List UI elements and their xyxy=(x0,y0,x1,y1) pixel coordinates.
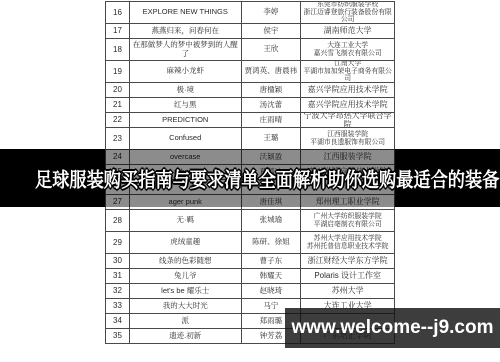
table-row: 19麻辣小龙虾贾鸿英、唐晨祎江南大学 平湖市加加荣电子商务有限公司 xyxy=(106,61,395,83)
table-row: 20极·境唐楹颖嘉兴学院应用技术学院 xyxy=(106,83,395,98)
watermark: www.welcome--j9.com xyxy=(285,308,500,348)
table-row: 28无·羁张城瑜广州大学纺织服装学院 平湖启亳制衣有限公司 xyxy=(106,210,395,232)
designer-name-cell: 汤沈蕾 xyxy=(242,98,302,113)
institution-cell: 湖南师范大学 xyxy=(301,24,395,39)
designer-name-cell: 贾鸿英、唐晨祎 xyxy=(242,61,302,83)
row-number-cell: 16 xyxy=(106,2,130,24)
row-number-cell: 20 xyxy=(106,83,130,98)
row-number-cell: 29 xyxy=(106,232,130,254)
designer-name-cell: 唐楹颖 xyxy=(242,83,302,98)
designer-name-cell: 赵晓琦 xyxy=(242,284,302,299)
entry-title-cell: EXPLORE NEW THINGS xyxy=(130,2,242,24)
institution-cell: 宁波大学昂热大学联合学院 xyxy=(301,113,395,128)
entry-title-cell: let's be 耀乐士 xyxy=(130,284,242,299)
entry-title-cell: 虎绒童趣 xyxy=(130,232,242,254)
entry-title-cell: 红与黑 xyxy=(130,98,242,113)
entry-title-cell: 极·境 xyxy=(130,83,242,98)
designer-name-cell: 韩耀天 xyxy=(242,269,302,284)
row-number-cell: 23 xyxy=(106,128,130,150)
table-row: 31兔儿爷韩耀天Polaris 设计工作室 xyxy=(106,269,395,284)
designer-name-cell: 王欣 xyxy=(242,39,302,61)
entry-title-cell: 线条的色彩随想 xyxy=(130,254,242,269)
row-number-cell: 34 xyxy=(106,314,130,329)
designer-name-cell: 陈研、徐姐 xyxy=(242,232,302,254)
row-number-cell: 22 xyxy=(106,113,130,128)
institution-cell: 江西服装学院 平湖市良遗服饰有限公司 xyxy=(301,128,395,150)
entry-title-cell: 燕燕归来，问春何在 xyxy=(130,24,242,39)
institution-cell: 广州大学纺织服装学院 平湖启亳制衣有限公司 xyxy=(301,210,395,232)
row-number-cell: 28 xyxy=(106,210,130,232)
designer-name-cell: 庄雨晴 xyxy=(242,113,302,128)
table-row: 29虎绒童趣陈研、徐姐苏州大学应用技术学院 苏州托普信息职业技术学院 xyxy=(106,232,395,254)
row-number-cell: 32 xyxy=(106,284,130,299)
institution-cell: 江南大学 平湖市加加荣电子商务有限公司 xyxy=(301,61,395,83)
institution-cell: 东莞市纺织服装学校 浙江迈睿登旅行装备股份有限公司 xyxy=(301,2,395,24)
banner-text: 足球服装购买指南与要求清单全面解析助你选购最适合的装备 xyxy=(35,164,465,193)
table-row: 17燕燕归来，问春何在侯宇湖南师范大学 xyxy=(106,24,395,39)
watermark-text: www.welcome--j9.com xyxy=(291,317,493,339)
table-row: 22PREDICTION庄雨晴宁波大学昂热大学联合学院 xyxy=(106,113,395,128)
designer-name-cell: 李婷 xyxy=(242,2,302,24)
entry-title-cell: 派 xyxy=(130,314,242,329)
institution-cell: 嘉兴学院应用技术学院 xyxy=(301,83,395,98)
institution-cell: 大连工业大学 嘉兴雪飞制衣有限公司 xyxy=(301,39,395,61)
row-number-cell: 30 xyxy=(106,254,130,269)
table-row: 16EXPLORE NEW THINGS李婷东莞市纺织服装学校 浙江迈睿登旅行装… xyxy=(106,2,395,24)
designer-name-cell: 侯宇 xyxy=(242,24,302,39)
designer-name-cell: 王璐 xyxy=(242,128,302,150)
entry-title-cell: 麻辣小龙虾 xyxy=(130,61,242,83)
entry-title-cell: Confused xyxy=(130,128,242,150)
entry-title-cell: 兔儿爷 xyxy=(130,269,242,284)
row-number-cell: 19 xyxy=(106,61,130,83)
institution-cell: 嘉兴学院应用技术学院 xyxy=(301,98,395,113)
table-row: 18在那做梦人的梦中被梦到的人醒了王欣大连工业大学 嘉兴雪飞制衣有限公司 xyxy=(106,39,395,61)
entry-title-cell: PREDICTION xyxy=(130,113,242,128)
institution-cell: 苏州大学应用技术学院 苏州托普信息职业技术学院 xyxy=(301,232,395,254)
entry-title-cell: 我的大大时光 xyxy=(130,299,242,314)
table-row: 30线条的色彩随想曹子东浙江财经大学东方学院 xyxy=(106,254,395,269)
entry-title-cell: 在那做梦人的梦中被梦到的人醒了 xyxy=(130,39,242,61)
table-row: 23Confused王璐江西服装学院 平湖市良遗服饰有限公司 xyxy=(106,128,395,150)
table-row: 32let's be 耀乐士赵晓琦苏州大学 xyxy=(106,284,395,299)
row-number-cell: 17 xyxy=(106,24,130,39)
promo-banner: 足球服装购买指南与要求清单全面解析助你选购最适合的装备 xyxy=(0,149,500,207)
designer-name-cell: 张城瑜 xyxy=(242,210,302,232)
row-number-cell: 33 xyxy=(106,299,130,314)
institution-cell: 浙江财经大学东方学院 xyxy=(301,254,395,269)
institution-cell: Polaris 设计工作室 xyxy=(301,269,395,284)
row-number-cell: 21 xyxy=(106,98,130,113)
entry-title-cell: 遗迹.初新 xyxy=(130,329,242,344)
page: 16EXPLORE NEW THINGS李婷东莞市纺织服装学校 浙江迈睿登旅行装… xyxy=(0,0,500,362)
row-number-cell: 31 xyxy=(106,269,130,284)
row-number-cell: 18 xyxy=(106,39,130,61)
institution-cell: 苏州大学 xyxy=(301,284,395,299)
table-row: 21红与黑汤沈蕾嘉兴学院应用技术学院 xyxy=(106,98,395,113)
entry-title-cell: 无·羁 xyxy=(130,210,242,232)
designer-name-cell: 曹子东 xyxy=(242,254,302,269)
row-number-cell: 35 xyxy=(106,329,130,344)
